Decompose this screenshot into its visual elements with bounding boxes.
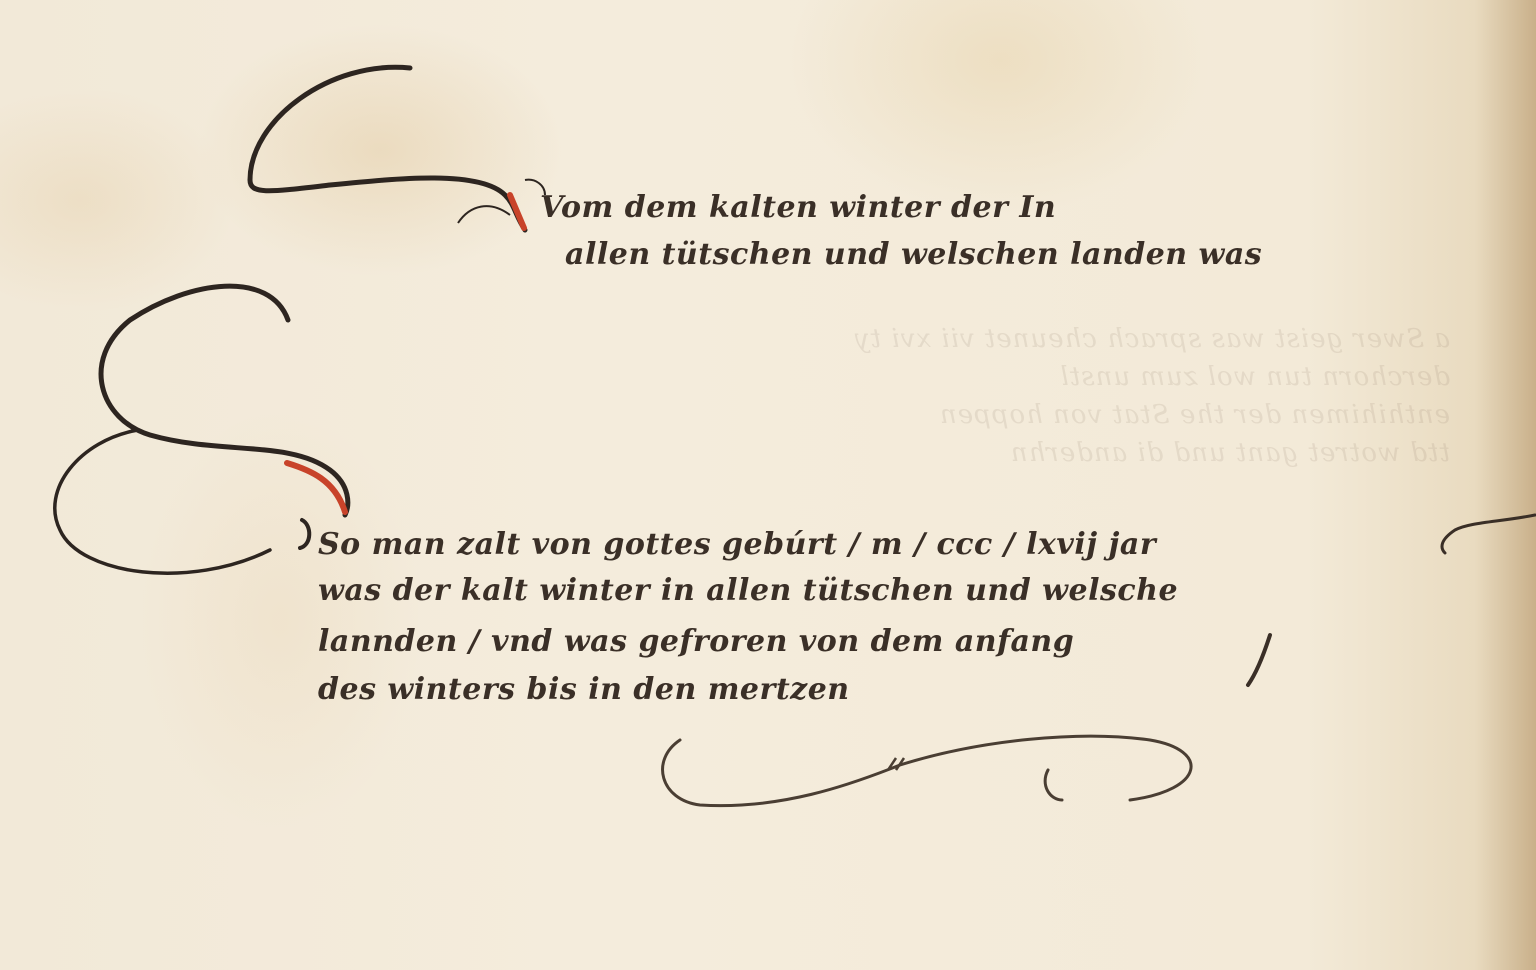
decorative-flourishes: [0, 0, 1536, 970]
initial-s-flourish: [101, 286, 348, 515]
heading-line-1: Vom dem kalten winter der In: [540, 190, 1056, 225]
body-line-4: des winters bis in den mertzen: [318, 672, 850, 707]
body-line-2: was der kalt winter in allen tütschen un…: [318, 573, 1178, 608]
closing-flourish: [663, 736, 1192, 805]
body-line-3: lannden / vnd was gefroren von dem anfan…: [318, 624, 1074, 659]
heading-line-2: allen tütschen und welschen landen was: [565, 237, 1262, 272]
body-line-1: So man zalt von gottes gebúrt / m / ccc …: [318, 527, 1156, 562]
